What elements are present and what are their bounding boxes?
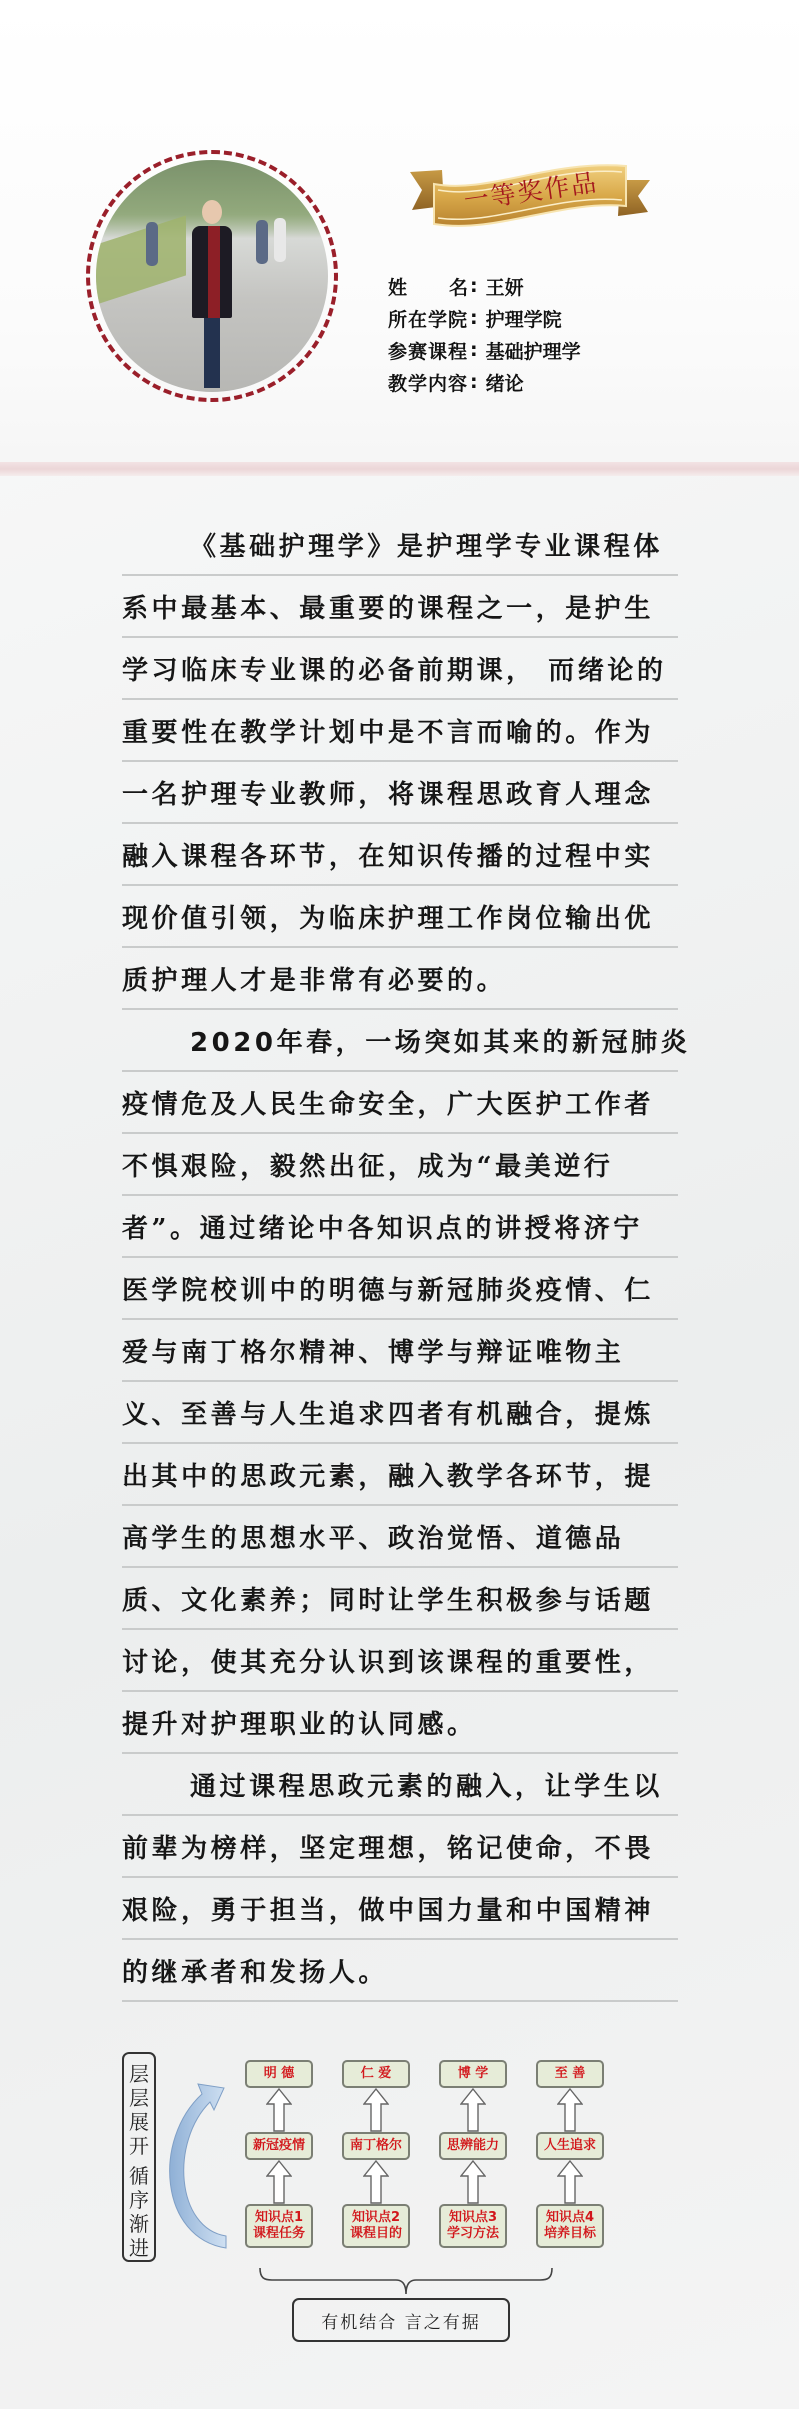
text-line: 一名护理专业教师，将课程思政育人理念 <box>122 762 678 824</box>
info-value-course: 基础护理学 <box>486 337 581 364</box>
text-line: 爱与南丁格尔精神、博学与辩证唯物主 <box>122 1320 678 1382</box>
summary-box: 有机结合 言之有据 <box>292 2298 510 2342</box>
knowledge-box-1: 知识点1 课程任务 <box>245 2204 313 2248</box>
teacher-info: 姓 名 : 王妍 所在学院 : 护理学院 参赛课程 : 基础护理学 教学内容 :… <box>388 270 581 398</box>
text-line: 质、文化素养；同时让学生积极参与话题 <box>122 1568 678 1630</box>
text-line: 的继承者和发扬人。 <box>122 1940 678 2002</box>
info-row-college: 所在学院 : 护理学院 <box>388 302 581 334</box>
info-separator: : <box>470 339 478 361</box>
value-box-boxue: 博 学 <box>439 2060 507 2088</box>
theme-box-covid: 新冠疫情 <box>245 2132 313 2160</box>
text-line: 系中最基本、最重要的课程之一，是护生 <box>122 576 678 638</box>
text-line: 前辈为榜样，坚定理想，铭记使命，不畏 <box>122 1816 678 1878</box>
text-line: 出其中的思政元素，融入教学各环节，提 <box>122 1444 678 1506</box>
up-arrow-icon <box>266 2160 292 2204</box>
value-box-renai: 仁 爱 <box>342 2060 410 2088</box>
value-box-mingde: 明 德 <box>245 2060 313 2088</box>
brace-connector-icon <box>258 2266 554 2296</box>
header-divider-band <box>0 462 799 476</box>
up-arrow-icon <box>460 2088 486 2132</box>
text-line: 提升对护理职业的认同感。 <box>122 1692 678 1754</box>
info-separator: : <box>470 371 478 393</box>
value-box-zhishan: 至 善 <box>536 2060 604 2088</box>
theme-box-nightingale: 南丁格尔 <box>342 2132 410 2160</box>
info-row-name: 姓 名 : 王妍 <box>388 270 581 302</box>
theme-box-life-pursuit: 人生追求 <box>536 2132 604 2160</box>
info-row-course: 参赛课程 : 基础护理学 <box>388 334 581 366</box>
text-line: 高学生的思想水平、政治觉悟、道德品 <box>122 1506 678 1568</box>
text-line: 2020年春，一场突如其来的新冠肺炎 <box>122 1010 678 1072</box>
curved-arrow-icon <box>150 2070 230 2250</box>
info-label-name: 姓 名 <box>388 273 468 300</box>
text-line: 质护理人才是非常有必要的。 <box>122 948 678 1010</box>
text-line: 重要性在教学计划中是不言而喻的。作为 <box>122 700 678 762</box>
knowledge-box-3: 知识点3 学习方法 <box>439 2204 507 2248</box>
up-arrow-icon <box>363 2160 389 2204</box>
text-line: 融入课程各环节，在知识传播的过程中实 <box>122 824 678 886</box>
text-line: 疫情危及人民生命安全，广大医护工作者 <box>122 1072 678 1134</box>
photo-dashed-border <box>86 150 338 402</box>
text-line: 义、至善与人生追求四者有机融合，提炼 <box>122 1382 678 1444</box>
up-arrow-icon <box>460 2160 486 2204</box>
up-arrow-icon <box>363 2088 389 2132</box>
info-label-course: 参赛课程 <box>388 337 468 364</box>
text-line: 现价值引领，为临床护理工作岗位输出优 <box>122 886 678 948</box>
up-arrow-icon <box>557 2160 583 2204</box>
info-label-content: 教学内容 <box>388 369 468 396</box>
text-line: 者”。通过绪论中各知识点的讲授将济宁 <box>122 1196 678 1258</box>
theme-box-critical-thinking: 思辨能力 <box>439 2132 507 2160</box>
essay-body: 《基础护理学》是护理学专业课程体 系中最基本、最重要的课程之一，是护生 学习临床… <box>122 514 678 2002</box>
info-value-name: 王妍 <box>486 273 524 300</box>
text-line: 《基础护理学》是护理学专业课程体 <box>122 514 678 576</box>
text-line: 医学院校训中的明德与新冠肺炎疫情、仁 <box>122 1258 678 1320</box>
knowledge-box-4: 知识点4 培养目标 <box>536 2204 604 2248</box>
text-line: 讨论，使其充分认识到该课程的重要性， <box>122 1630 678 1692</box>
up-arrow-icon <box>557 2088 583 2132</box>
info-label-college: 所在学院 <box>388 305 468 332</box>
up-arrow-icon <box>266 2088 292 2132</box>
info-separator: : <box>470 275 478 297</box>
concept-diagram: 层 层 展 开 循 序 渐 进 明 德 新冠疫情 知识点1 课程任务 仁 爱 南… <box>110 2040 690 2370</box>
info-row-content: 教学内容 : 绪论 <box>388 366 581 398</box>
text-line: 艰险，勇于担当，做中国力量和中国精神 <box>122 1878 678 1940</box>
info-value-college: 护理学院 <box>486 305 562 332</box>
knowledge-box-2: 知识点2 课程目的 <box>342 2204 410 2248</box>
text-line: 不惧艰险，毅然出征，成为“最美逆行 <box>122 1134 678 1196</box>
info-value-content: 绪论 <box>486 369 524 396</box>
text-line: 学习临床专业课的必备前期课， 而绪论的 <box>122 638 678 700</box>
text-line: 通过课程思政元素的融入，让学生以 <box>122 1754 678 1816</box>
info-separator: : <box>470 307 478 329</box>
